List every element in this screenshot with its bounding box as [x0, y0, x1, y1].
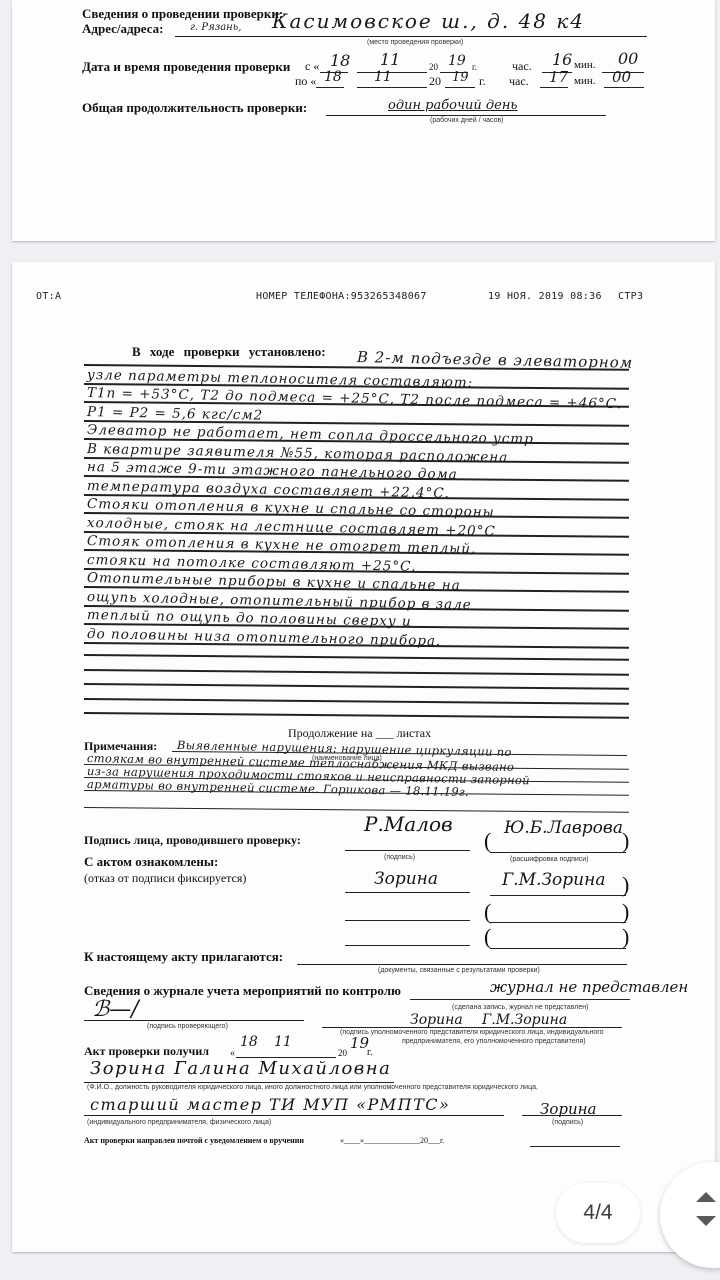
arrow-down-icon [696, 1216, 716, 1226]
journal-caption: (сделана запись, журнал не представлен) [452, 1004, 588, 1011]
document-page-3: Сведения о проведении проверки: Адрес/ад… [12, 0, 715, 241]
receiver-name: Зорина Галина Михайловна [90, 1058, 391, 1079]
representative-name: Г.М.Зорина [482, 1012, 567, 1028]
inspector-name: Ю.Б.Лаврова [504, 818, 623, 838]
from-year: 19 [448, 53, 466, 69]
receiver-caption-2: (индивидуального предпринимателя, физиче… [87, 1119, 271, 1126]
from-hour: 16 [552, 50, 572, 69]
fax-page: СТР3 [618, 291, 643, 302]
representative-signature: Зорина [410, 1012, 463, 1028]
findings-label: В ходе проверки установлено: [132, 344, 326, 360]
inspector-sign-label: Подпись лица, проводившего проверку: [84, 833, 301, 848]
representative-caption-2: предпринимателя, его уполномоченного пре… [402, 1038, 586, 1045]
acquainted-label: С актом ознакомлены: [84, 854, 218, 870]
section-title: Сведения о проведении проверки: [82, 6, 283, 22]
duration-value: один рабочий день [388, 98, 518, 113]
refusal-note: (отказ от подписи фиксируется) [84, 871, 246, 886]
to-min: 00 [612, 68, 631, 86]
fax-from: ОТ:А [36, 291, 61, 302]
caption-signature: (подпись) [384, 854, 415, 861]
caption-decoding: (расшифровка подписи) [510, 856, 589, 863]
from-month: 11 [380, 50, 400, 69]
receiver-position: старший мастер ТИ МУП «РМПТС» [90, 1095, 450, 1114]
to-day: 18 [324, 69, 342, 85]
checker-signature: ℬ—/ [92, 997, 139, 1022]
address-handwritten: Касимовское ш., д. 48 к4 [272, 9, 585, 33]
from-day: 18 [330, 51, 350, 70]
page-indicator: 4/4 [556, 1183, 640, 1243]
mail-date: «____»______________20___г. [340, 1136, 444, 1145]
checker-caption: (подпись проверяющего) [147, 1023, 228, 1030]
receiver-sign-caption: (подпись) [552, 1119, 583, 1126]
received-day: 18 [240, 1034, 258, 1050]
duration-label: Общая продолжительность проверки: [82, 100, 307, 116]
to-hour: 17 [549, 68, 568, 86]
attachments-caption: (документы, связанные с результатами про… [378, 967, 540, 974]
fax-datetime: 19 НОЯ. 2019 08:36 [488, 291, 602, 302]
address-city: г. Рязань, [190, 22, 241, 33]
received-month: 11 [274, 1034, 292, 1050]
representative-caption-1: (подпись уполномоченного представителя ю… [340, 1029, 604, 1036]
mail-label: Акт проверки направлен почтой с уведомле… [84, 1136, 304, 1145]
receiver-caption-1: (Ф.И.О., должность руководителя юридичес… [87, 1084, 538, 1091]
fax-phone: НОМЕР ТЕЛЕФОНА:953265348067 [256, 291, 427, 302]
to-year: 19 [452, 70, 469, 85]
received-label: Акт проверки получил [84, 1044, 209, 1059]
arrow-up-icon [696, 1192, 716, 1202]
address-caption: (место проведения проверки) [367, 39, 463, 46]
acquainted-name: Г.М.Зорина [502, 870, 605, 890]
datetime-label: Дата и время проведения проверки [82, 59, 290, 75]
from-min: 00 [618, 49, 638, 68]
journal-value: журнал не представлен [490, 978, 688, 996]
continuation-label: Продолжение на ___ листах [288, 726, 431, 741]
document-page-4: ОТ:А НОМЕР ТЕЛЕФОНА:953265348067 19 НОЯ.… [12, 262, 715, 1252]
attachments-label: К настоящему акту прилагаются: [84, 949, 283, 965]
inspector-signature: Р.Малов [364, 812, 453, 836]
acquainted-signature: Зорина [374, 869, 438, 889]
to-month: 11 [374, 69, 392, 85]
notes-caption: (наименование лица) [312, 755, 382, 762]
findings-line: Р1 = Р2 = 5,6 кгс/см2 [87, 404, 264, 424]
address-label: Адрес/адреса: [82, 21, 164, 37]
duration-caption: (рабочих дней / часов) [430, 117, 504, 124]
